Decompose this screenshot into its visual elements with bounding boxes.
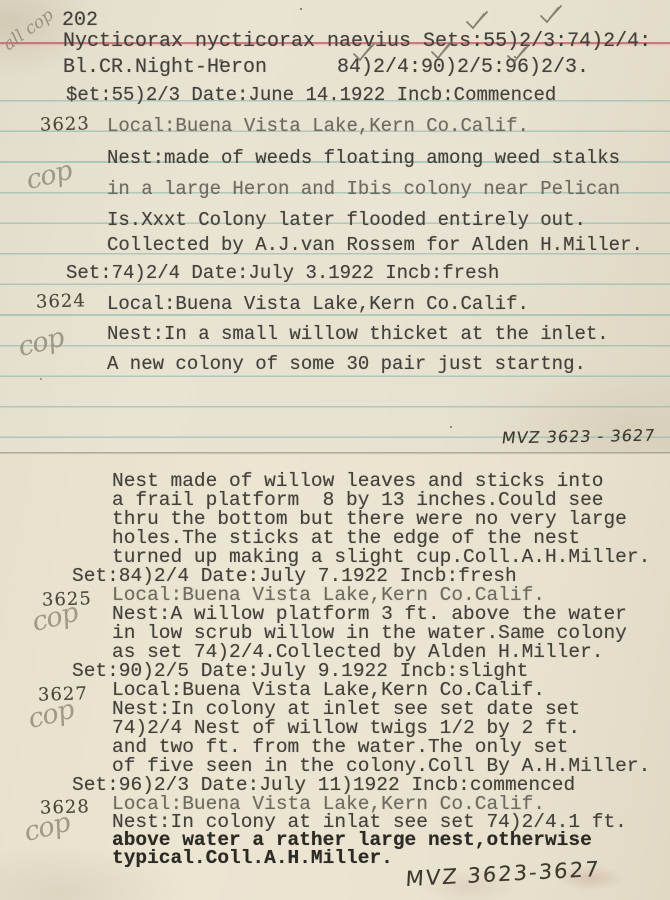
specimen-number: 3624 (36, 290, 86, 312)
catalog-card-top: all cop 202 Nycticorax nycticorax naeviu… (0, 0, 670, 453)
dust-specks (300, 8, 302, 10)
mvz-range-note: MVZ 3623-3627 (405, 857, 601, 891)
locality-line: Local:Buena Vista Lake,Kern Co.Calif. (107, 295, 529, 314)
nest-description: Nest:made of weeds floating among weed s… (107, 149, 620, 168)
common-name: Bl.CR.Night-Heron (63, 58, 267, 78)
catalog-card-bottom: Nest made of willow leaves and sticks in… (0, 455, 670, 900)
collector-line: Collected by A.J.van Rossem for Alden H.… (107, 236, 643, 255)
mvz-range-note: MVZ 3623 - 3627 (501, 426, 657, 448)
set-74-header: Set:74)2/4 Date:July 3.1922 Incb:fresh (66, 264, 499, 283)
handwritten-corner-note: all cop (0, 5, 57, 55)
collector-line: typical.Coll.A.H.Miller. (112, 849, 393, 869)
scanned-catalog-page: all cop 202 Nycticorax nycticorax naeviu… (0, 0, 670, 900)
checkmark-icon (464, 10, 490, 32)
handwritten-cop-note: cop (25, 694, 77, 735)
specimen-number: 3623 (40, 113, 90, 135)
checkmark-icon (538, 4, 564, 26)
locality-line: Local:Buena Vista Lake,Kern Co.Calif. (107, 117, 529, 136)
nest-description: Is.Xxxt Colony later flooded entirely ou… (107, 211, 586, 230)
checkmark-icon (429, 40, 455, 62)
handwritten-cop-note: cop (15, 322, 67, 363)
set-55-header: $et:55)2/3 Date:June 14.1922 Incb:Commen… (66, 86, 556, 105)
handwritten-cop-note: cop (21, 807, 73, 848)
page-number: 202 (62, 11, 98, 31)
nest-description: Nest:In a small willow thicket at the in… (107, 325, 609, 344)
checkmark-icon (351, 42, 377, 64)
checkmark-icon (505, 44, 531, 66)
nest-description: A new colony of some 30 pair just startn… (107, 355, 586, 374)
handwritten-cop-note: cop (23, 155, 75, 196)
handwritten-cop-note: cop (29, 597, 81, 638)
nest-description: in a large Heron and Ibis colony near Pe… (107, 180, 620, 199)
